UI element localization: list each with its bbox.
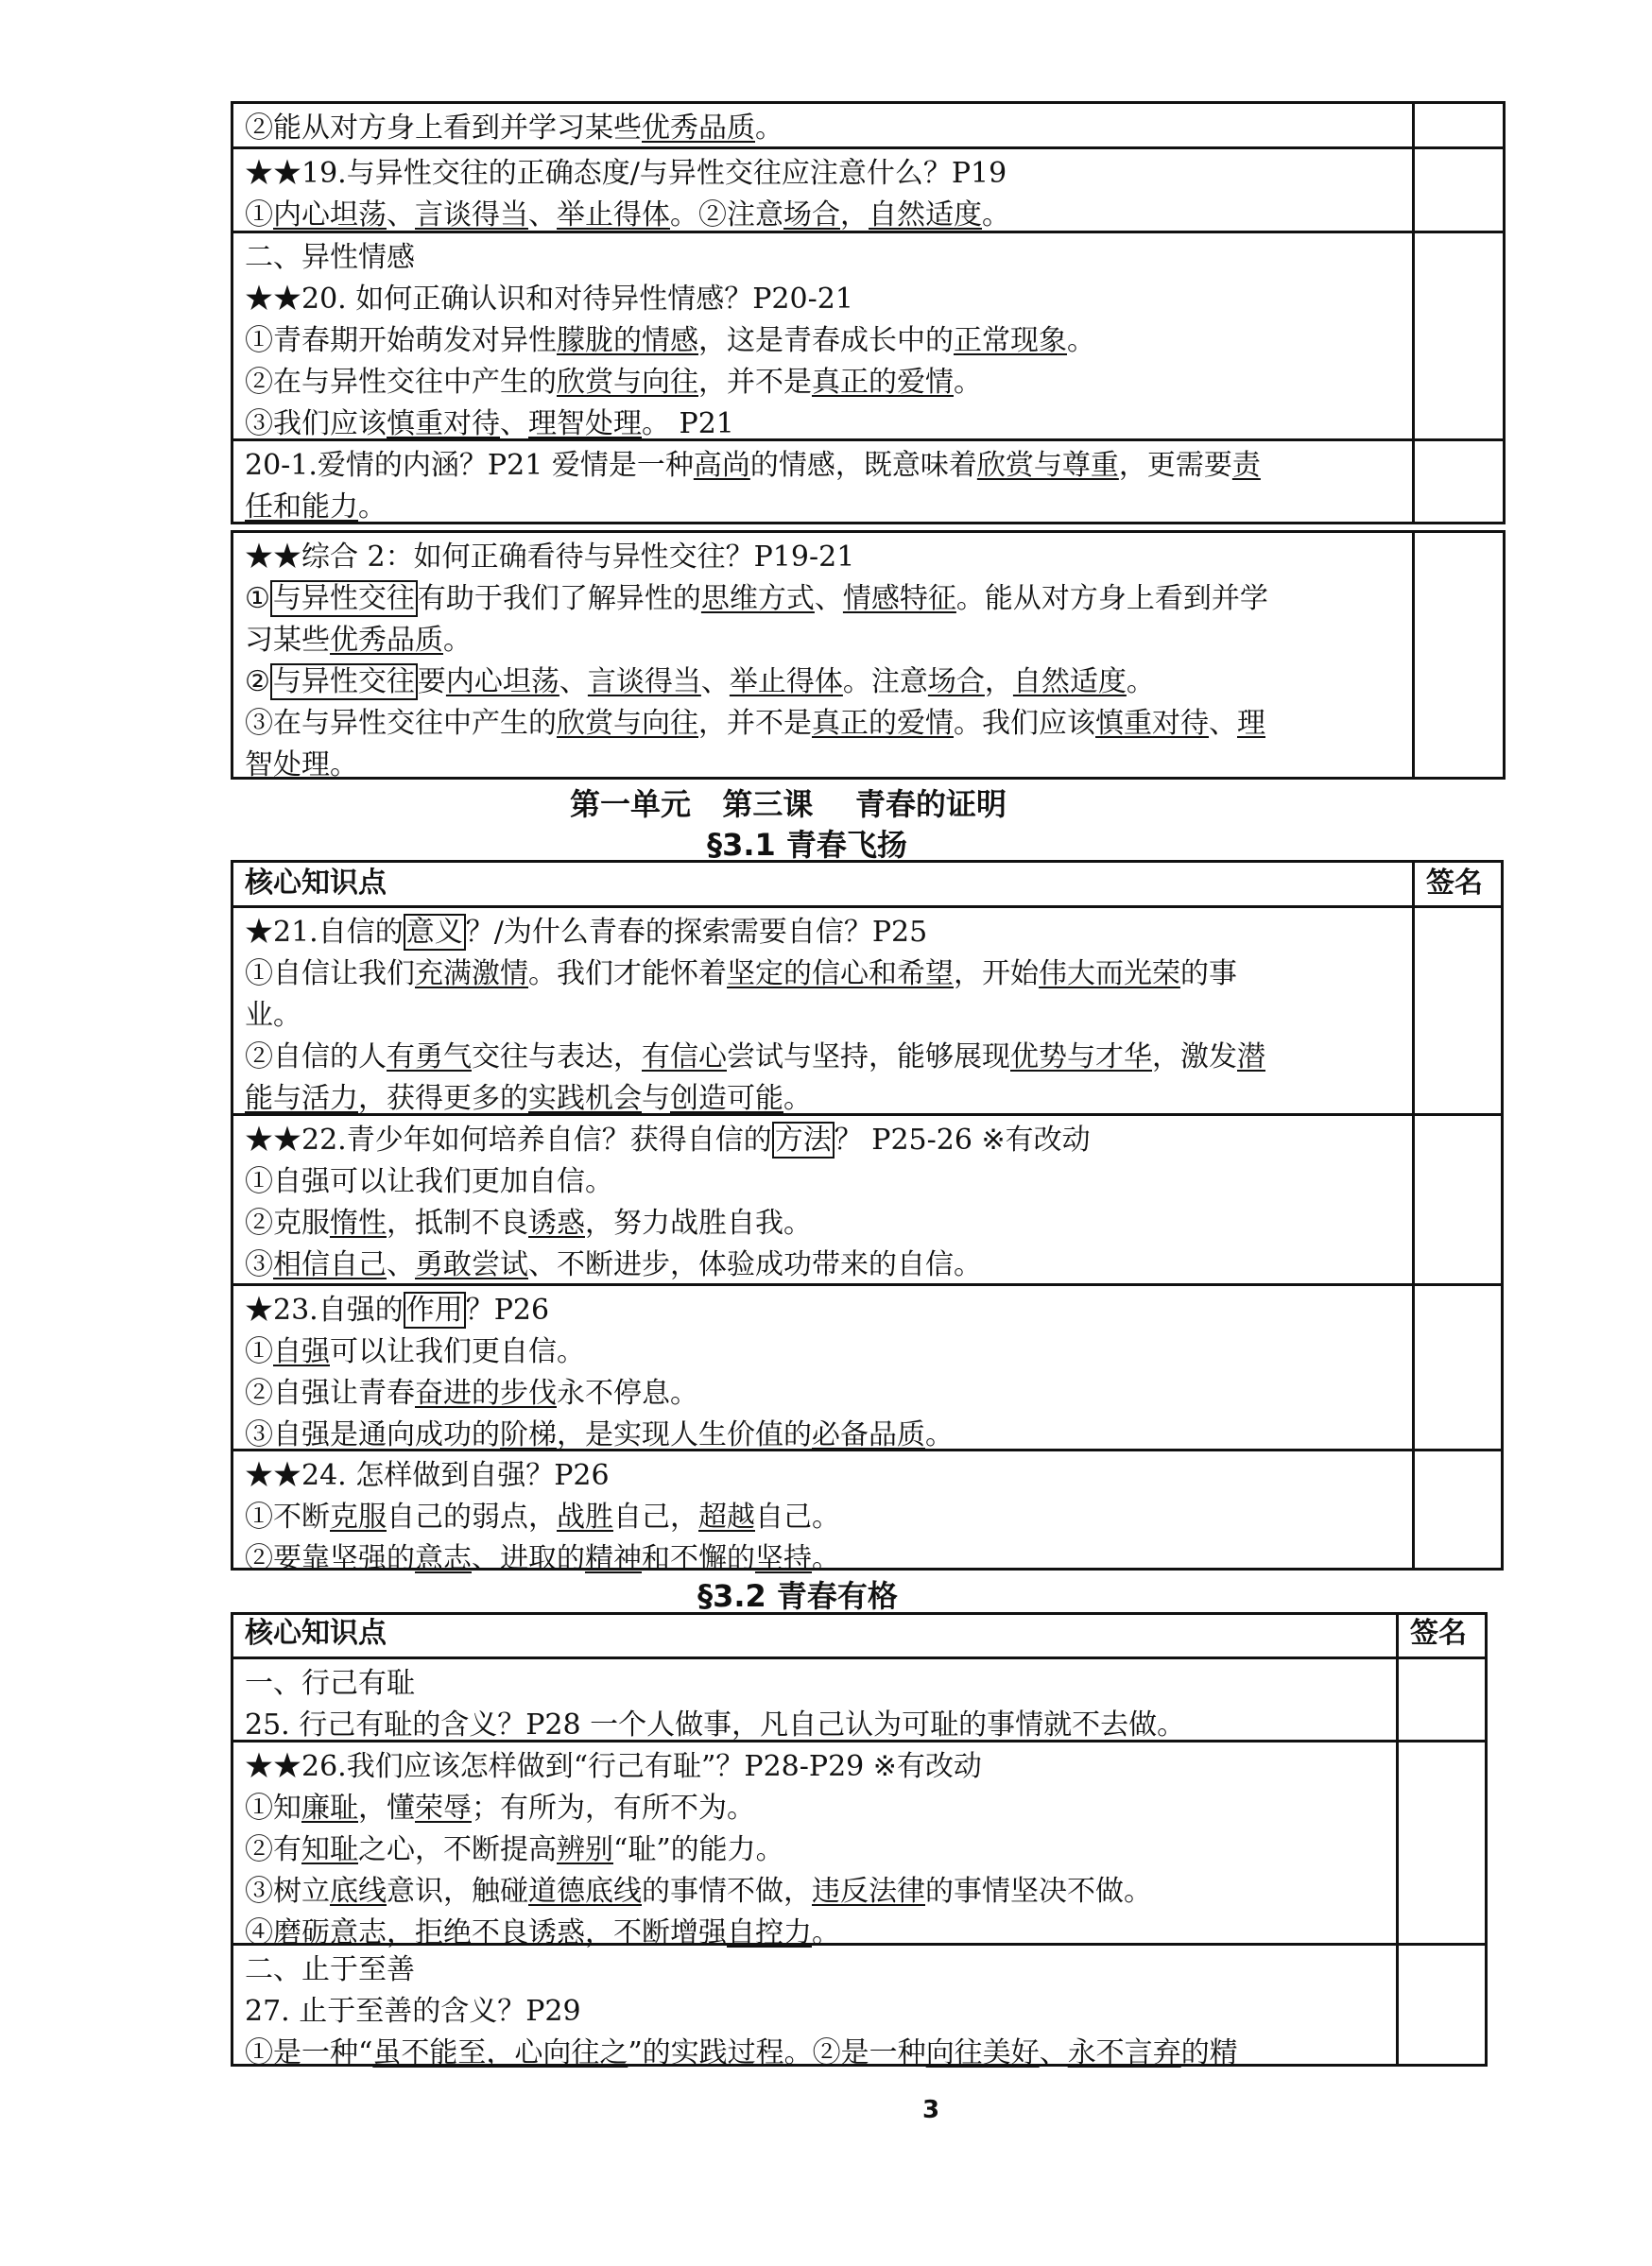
text-segment: ②在与异性交往中产生的: [245, 366, 557, 399]
table-row: ★★24. 怎样做到自强？P26①不断克服自己的弱点，战胜自己，超越自己。②要靠…: [233, 1449, 1501, 1568]
text-segment: ★★20. 如何正确认识和对待异性情感？P20-21: [245, 283, 853, 316]
underlined-keyword: 优秀品质: [642, 112, 755, 145]
underlined-keyword: 充满激情: [415, 957, 528, 990]
header-signature: 签名: [1426, 863, 1483, 904]
underlined-keyword: 慎重对待: [387, 407, 500, 440]
underlined-keyword: 知耻: [301, 1833, 358, 1866]
knowledge-cell: ②能从对方身上看到并学习某些优秀品质。: [245, 108, 783, 149]
text-segment: 。我们才能怀着: [528, 957, 727, 990]
underlined-keyword: 优秀品质: [330, 624, 443, 657]
text-segment: ①是一种“: [245, 2036, 372, 2069]
knowledge-cell: ★★19.与异性交往的正确态度/与异性交往应注意什么？P19①内心坦荡、言谈得当…: [245, 153, 1010, 236]
text-line: ②克服惰性，抵制不良诱惑，努力战胜自我。: [245, 1203, 1091, 1245]
text-segment: 20-1.爱情的内涵？P21 爱情是一种: [245, 449, 694, 482]
text-segment: ①: [245, 582, 270, 615]
knowledge-cell: 二、异性情感★★20. 如何正确认识和对待异性情感？P20-21①青春期开始萌发…: [245, 237, 1095, 445]
text-segment: 。注意: [843, 665, 928, 698]
text-segment: ①自强可以让我们更加自信。: [245, 1165, 613, 1198]
text-segment: 、: [500, 407, 528, 440]
text-segment: 、: [528, 198, 557, 232]
underlined-keyword: 责: [1232, 449, 1261, 482]
text-segment: 尝试与坚持，能够展现: [727, 1040, 1010, 1073]
text-segment: 的精: [1181, 2036, 1238, 2069]
text-line: ①自强可以让我们更加自信。: [245, 1161, 1091, 1203]
text-segment: ；有所为，有所不为。: [472, 1792, 755, 1825]
boxed-keyword: 方法: [772, 1122, 835, 1159]
text-segment: ？P26: [466, 1294, 549, 1327]
knowledge-cell: ★★24. 怎样做到自强？P26①不断克服自己的弱点，战胜自己，超越自己。②要靠…: [245, 1455, 840, 1580]
text-segment: ？/为什么青春的探索需要自信？P25: [466, 916, 927, 949]
underlined-keyword: 奋进的步伐: [415, 1377, 557, 1410]
underlined-keyword: 内心坦荡: [273, 198, 387, 232]
text-segment: ，更需要: [1119, 449, 1232, 482]
text-segment: ②克服: [245, 1207, 330, 1240]
text-segment: 可以让我们更自信。: [330, 1335, 585, 1368]
text-segment: 习某些: [245, 624, 330, 657]
underlined-keyword: 言谈得当: [588, 665, 701, 698]
text-segment: 二、止于至善: [245, 1953, 415, 1986]
text-segment: ★21.自信的: [245, 916, 404, 949]
text-line: ③在与异性交往中产生的欣赏与向往，并不是真正的爱情。我们应该慎重对待、理: [245, 703, 1268, 745]
table-header-row: 核心知识点 签名: [233, 1615, 1485, 1657]
text-segment: 。: [954, 366, 982, 399]
text-segment: 、: [815, 582, 843, 615]
text-segment: ★23.自强的: [245, 1294, 404, 1327]
text-line: ★★24. 怎样做到自强？P26: [245, 1455, 840, 1497]
text-segment: ，开始: [954, 957, 1039, 990]
text-segment: ③自强是通向成功的: [245, 1418, 500, 1451]
underlined-keyword: 坚定的信心和希望: [727, 957, 954, 990]
text-segment: ①不断: [245, 1501, 330, 1534]
underlined-keyword: 战胜: [557, 1501, 613, 1534]
underlined-keyword: 自强: [273, 1335, 330, 1368]
text-segment: 。: [925, 1418, 954, 1451]
text-line: 业。: [245, 995, 1265, 1037]
text-segment: ②自强让青春: [245, 1377, 415, 1410]
underlined-keyword: 情感特征: [843, 582, 956, 615]
text-line: ①自信让我们充满激情。我们才能怀着坚定的信心和希望，开始伟大而光荣的事: [245, 953, 1265, 995]
text-segment: 。: [1127, 665, 1155, 698]
underlined-keyword: 诱惑: [528, 1207, 585, 1240]
underlined-keyword: 底线: [330, 1875, 387, 1908]
underlined-keyword: 真正的爱情: [812, 366, 954, 399]
text-segment: ①: [245, 1335, 273, 1368]
underlined-keyword: 真正的爱情: [812, 707, 954, 740]
boxed-keyword: 与异性交往: [270, 580, 418, 617]
table-row: ②能从对方身上看到并学习某些优秀品质。: [233, 104, 1503, 146]
text-line: ★★26.我们应该怎样做到“行己有耻”？P28-P29 ※有改动: [245, 1746, 1152, 1788]
table-header-row: 核心知识点 签名: [233, 863, 1501, 905]
text-segment: 业。: [245, 999, 301, 1032]
text-segment: 和不懈的: [642, 1542, 755, 1575]
underlined-keyword: 惰性: [330, 1207, 387, 1240]
knowledge-cell: ★★26.我们应该怎样做到“行己有耻”？P28-P29 ※有改动①知廉耻，懂荣辱…: [245, 1746, 1152, 1954]
table-row: ★★19.与异性交往的正确态度/与异性交往应注意什么？P19①内心坦荡、言谈得当…: [233, 146, 1503, 231]
text-line: ★23.自强的作用？P26: [245, 1290, 954, 1331]
text-line: ★21.自信的意义？/为什么青春的探索需要自信？P25: [245, 912, 1265, 953]
underlined-keyword: 理: [1237, 707, 1265, 740]
text-segment: 、: [701, 665, 730, 698]
text-line: 二、异性情感: [245, 237, 1095, 279]
underlined-keyword: 超越: [698, 1501, 755, 1534]
text-segment: 。: [783, 1082, 812, 1115]
text-segment: 、不断进步，体验成功带来的自信。: [528, 1248, 982, 1281]
text-segment: ，懂: [358, 1792, 415, 1825]
text-line: 任和能力。: [245, 487, 1261, 528]
text-segment: 。: [358, 490, 387, 524]
text-line: ★★22.青少年如何培养自信？获得自信的方法？ P25-26 ※有改动: [245, 1120, 1091, 1161]
text-segment: ②有: [245, 1833, 301, 1866]
text-segment: ，并不是: [698, 707, 812, 740]
text-line: ★★19.与异性交往的正确态度/与异性交往应注意什么？P19: [245, 153, 1010, 195]
underlined-keyword: 道德底线: [528, 1875, 642, 1908]
underlined-keyword: 场合: [783, 198, 840, 232]
table-row: ★21.自信的意义？/为什么青春的探索需要自信？P25①自信让我们充满激情。我们…: [233, 905, 1501, 1113]
underlined-keyword: 理智处理: [528, 407, 642, 440]
text-line: ①不断克服自己的弱点，战胜自己，超越自己。: [245, 1497, 840, 1538]
text-segment: 自己的弱点，: [387, 1501, 557, 1534]
text-segment: ①知: [245, 1792, 301, 1825]
underlined-keyword: 言谈得当: [415, 198, 528, 232]
table-section-3-2: 核心知识点 签名 一、行己有耻25. 行己有耻的含义？P28 一个人做事，凡自己…: [231, 1612, 1488, 2067]
text-line: ②能从对方身上看到并学习某些优秀品质。: [245, 108, 783, 149]
text-line: 二、止于至善: [245, 1949, 1238, 1991]
text-line: ①知廉耻，懂荣辱；有所为，有所不为。: [245, 1788, 1152, 1829]
table-heterosexual-interaction: ②能从对方身上看到并学习某些优秀品质。 ★★19.与异性交往的正确态度/与异性交…: [231, 101, 1506, 524]
text-line: ①自强可以让我们更自信。: [245, 1331, 954, 1373]
text-segment: ③我们应该: [245, 407, 387, 440]
underlined-keyword: 向往美好: [926, 2036, 1040, 2069]
underlined-keyword: 思维方式: [701, 582, 815, 615]
text-segment: ★★综合 2：如何正确看待与异性交往？P19-21: [245, 541, 854, 574]
table-summary-2: ★★综合 2：如何正确看待与异性交往？P19-21①与异性交往有助于我们了解异性…: [231, 530, 1506, 780]
text-segment: ③: [245, 1248, 273, 1281]
underlined-keyword: 智处理: [245, 748, 330, 781]
underlined-keyword: 欣赏与尊重: [977, 449, 1119, 482]
text-segment: ”的实践过程。②是一种: [628, 2036, 925, 2069]
text-segment: ，获得更多的: [358, 1082, 528, 1115]
text-line: ★★20. 如何正确认识和对待异性情感？P20-21: [245, 279, 1095, 320]
text-segment: ，是实现人生价值的: [557, 1418, 812, 1451]
text-segment: 。: [812, 1542, 840, 1575]
text-segment: 二、异性情感: [245, 241, 415, 274]
underlined-keyword: 违反法律: [812, 1875, 925, 1908]
text-segment: 一、行己有耻: [245, 1667, 415, 1700]
text-segment: ，激发: [1152, 1040, 1237, 1073]
unit-lesson-heading: 第一单元 第三课 青春的证明: [0, 781, 1614, 824]
underlined-keyword: 慎重对待: [1095, 707, 1209, 740]
text-segment: 25. 行己有耻的含义？P28 一个人做事，凡自己认为可耻的事情就不去做。: [245, 1708, 1185, 1742]
knowledge-cell: ★23.自强的作用？P26①自强可以让我们更自信。②自强让青春奋进的步伐永不停息…: [245, 1290, 954, 1456]
text-segment: 的情感，既意味着: [750, 449, 977, 482]
text-segment: ②自信的人: [245, 1040, 387, 1073]
text-segment: ③树立: [245, 1875, 330, 1908]
text-segment: 、进取的: [472, 1542, 585, 1575]
header-core-knowledge: 核心知识点: [245, 1613, 387, 1655]
underlined-keyword: 虽不能至，心向往之: [372, 2036, 628, 2069]
underlined-keyword: 坚持: [755, 1542, 812, 1575]
table-row: ★23.自强的作用？P26①自强可以让我们更自信。②自强让青春奋进的步伐永不停息…: [233, 1283, 1501, 1449]
text-segment: ★★26.我们应该怎样做到“行己有耻”？P28-P29 ※有改动: [245, 1750, 982, 1783]
text-line: ②自信的人有勇气交往与表达，有信心尝试与坚持，能够展现优势与才华，激发潜: [245, 1037, 1265, 1078]
text-segment: 、: [559, 665, 588, 698]
text-line: ★★综合 2：如何正确看待与异性交往？P19-21: [245, 537, 1268, 578]
text-segment: 自己，: [613, 1501, 698, 1534]
text-line: ②自强让青春奋进的步伐永不停息。: [245, 1373, 954, 1415]
text-segment: 要: [418, 665, 446, 698]
text-line: 习某些优秀品质。: [245, 620, 1268, 661]
text-line: ①与异性交往有助于我们了解异性的思维方式、情感特征。能从对方身上看到并学: [245, 578, 1268, 620]
text-line: ③树立底线意识，触碰道德底线的事情不做，违反法律的事情坚决不做。: [245, 1871, 1152, 1913]
text-line: 27. 止于至善的含义？P29: [245, 1991, 1238, 2033]
text-segment: 。②注意: [670, 198, 783, 232]
table-row: 二、止于至善27. 止于至善的含义？P29①是一种“虽不能至，心向往之”的实践过…: [233, 1943, 1485, 2064]
knowledge-cell: 二、止于至善27. 止于至善的含义？P29①是一种“虽不能至，心向往之”的实践过…: [245, 1949, 1238, 2074]
text-segment: ？ P25-26 ※有改动: [835, 1124, 1091, 1157]
text-segment: ★★22.青少年如何培养自信？获得自信的: [245, 1124, 772, 1157]
underlined-keyword: 克服: [330, 1501, 387, 1534]
text-segment: 。: [1067, 324, 1095, 357]
text-line: 20-1.爱情的内涵？P21 爱情是一种高尚的情感，既意味着欣赏与尊重，更需要责: [245, 445, 1261, 487]
table-row: 一、行己有耻25. 行己有耻的含义？P28 一个人做事，凡自己认为可耻的事情就不…: [233, 1657, 1485, 1740]
text-segment: 意识，触碰: [387, 1875, 528, 1908]
text-segment: ③在与异性交往中产生的: [245, 707, 557, 740]
text-segment: ，抵制不良: [387, 1207, 528, 1240]
underlined-keyword: 必备品质: [812, 1418, 925, 1451]
underlined-keyword: 有勇气: [387, 1040, 472, 1073]
underlined-keyword: 高尚: [694, 449, 750, 482]
underlined-keyword: 自然适度: [869, 198, 982, 232]
knowledge-cell: 20-1.爱情的内涵？P21 爱情是一种高尚的情感，既意味着欣赏与尊重，更需要责…: [245, 445, 1261, 528]
underlined-keyword: 伟大而光荣: [1039, 957, 1180, 990]
text-segment: 、: [387, 1248, 415, 1281]
header-signature: 签名: [1410, 1613, 1467, 1655]
underlined-keyword: 精神: [585, 1542, 642, 1575]
underlined-keyword: 任和能力: [245, 490, 358, 524]
boxed-keyword: 与异性交往: [270, 663, 418, 700]
underlined-keyword: 荣辱: [415, 1792, 472, 1825]
text-segment: ，这是青春成长中的: [698, 324, 954, 357]
text-segment: 的事: [1180, 957, 1237, 990]
text-segment: 。: [330, 748, 358, 781]
underlined-keyword: 阶梯: [500, 1418, 557, 1451]
underlined-keyword: 优势与才华: [1010, 1040, 1152, 1073]
text-segment: “耻”的能力。: [613, 1833, 784, 1866]
text-segment: ★★19.与异性交往的正确态度/与异性交往应注意什么？P19: [245, 157, 1007, 190]
text-segment: ②: [245, 665, 270, 698]
text-line: ①是一种“虽不能至，心向往之”的实践过程。②是一种向往美好、永不言弃的精: [245, 2033, 1238, 2074]
table-row: ★★综合 2：如何正确看待与异性交往？P19-21①与异性交往有助于我们了解异性…: [233, 533, 1503, 777]
boxed-keyword: 意义: [404, 914, 466, 951]
text-segment: ①: [245, 198, 273, 232]
text-segment: ②要靠坚强的: [245, 1542, 415, 1575]
boxed-keyword: 作用: [404, 1292, 466, 1329]
underlined-keyword: 勇敢尝试: [415, 1248, 528, 1281]
text-segment: 有助于我们了解异性的: [418, 582, 701, 615]
section-3-2-heading: §3.2 青春有格: [0, 1572, 1624, 1616]
knowledge-cell: ★21.自信的意义？/为什么青春的探索需要自信？P25①自信让我们充满激情。我们…: [245, 912, 1265, 1120]
text-line: ②在与异性交往中产生的欣赏与向往，并不是真正的爱情。: [245, 362, 1095, 403]
underlined-keyword: 欣赏与向往: [557, 707, 698, 740]
text-segment: ②能从对方身上看到并学习某些: [245, 112, 642, 145]
section-3-1-heading: §3.1 青春飞扬: [0, 821, 1633, 865]
underlined-keyword: 正常现象: [954, 324, 1067, 357]
text-segment: 自己。: [755, 1501, 840, 1534]
text-line: ②有知耻之心，不断提高辨别“耻”的能力。: [245, 1829, 1152, 1871]
text-line: ③相信自己、勇敢尝试、不断进步，体验成功带来的自信。: [245, 1245, 1091, 1286]
text-segment: 。: [755, 112, 783, 145]
text-segment: 。 P21: [642, 407, 734, 440]
text-segment: 的事情坚决不做。: [925, 1875, 1152, 1908]
header-core-knowledge: 核心知识点: [245, 863, 387, 904]
table-row: 二、异性情感★★20. 如何正确认识和对待异性情感？P20-21①青春期开始萌发…: [233, 231, 1503, 438]
text-segment: ，: [840, 198, 869, 232]
underlined-keyword: 自然适度: [1013, 665, 1127, 698]
table-row: ★★26.我们应该怎样做到“行己有耻”？P28-P29 ※有改动①知廉耻，懂荣辱…: [233, 1740, 1485, 1943]
underlined-keyword: 朦胧的情感: [557, 324, 698, 357]
underlined-keyword: 创造可能: [670, 1082, 783, 1115]
text-line: ②与异性交往要内心坦荡、言谈得当、举止得体。注意场合，自然适度。: [245, 661, 1268, 703]
text-segment: 。能从对方身上看到并学: [956, 582, 1268, 615]
underlined-keyword: 意志: [415, 1542, 472, 1575]
underlined-keyword: 有信心: [642, 1040, 727, 1073]
text-segment: ，并不是: [698, 366, 812, 399]
underlined-keyword: 辨别: [557, 1833, 613, 1866]
underlined-keyword: 能与活力: [245, 1082, 358, 1115]
text-segment: 、: [1209, 707, 1237, 740]
page-number: 3: [922, 2096, 939, 2124]
text-segment: 27. 止于至善的含义？P29: [245, 1995, 581, 2028]
underlined-keyword: 内心坦荡: [446, 665, 559, 698]
text-segment: 。我们应该: [954, 707, 1095, 740]
knowledge-cell: 一、行己有耻25. 行己有耻的含义？P28 一个人做事，凡自己认为可耻的事情就不…: [245, 1663, 1185, 1746]
text-segment: ①自信让我们: [245, 957, 415, 990]
underlined-keyword: 举止得体: [557, 198, 670, 232]
text-segment: ，: [985, 665, 1013, 698]
table-section-3-1: 核心知识点 签名 ★21.自信的意义？/为什么青春的探索需要自信？P25①自信让…: [231, 860, 1504, 1571]
underlined-keyword: 永不言弃: [1068, 2036, 1181, 2069]
text-segment: ①青春期开始萌发对异性: [245, 324, 557, 357]
text-segment: ★★24. 怎样做到自强？P26: [245, 1459, 610, 1492]
text-line: 一、行己有耻: [245, 1663, 1185, 1705]
text-segment: 。: [443, 624, 472, 657]
text-segment: 的事情不做，: [642, 1875, 812, 1908]
text-segment: ，努力战胜自我。: [585, 1207, 812, 1240]
underlined-keyword: 潜: [1237, 1040, 1265, 1073]
table-row: ★★22.青少年如何培养自信？获得自信的方法？ P25-26 ※有改动①自强可以…: [233, 1113, 1501, 1283]
text-segment: 之心，不断提高: [358, 1833, 557, 1866]
underlined-keyword: 实践机会: [528, 1082, 642, 1115]
underlined-keyword: 欣赏与向往: [557, 366, 698, 399]
underlined-keyword: 相信自己: [273, 1248, 387, 1281]
table-row: 20-1.爱情的内涵？P21 爱情是一种高尚的情感，既意味着欣赏与尊重，更需要责…: [233, 438, 1503, 524]
knowledge-cell: ★★综合 2：如何正确看待与异性交往？P19-21①与异性交往有助于我们了解异性…: [245, 537, 1268, 786]
text-segment: 永不停息。: [557, 1377, 698, 1410]
underlined-keyword: 举止得体: [730, 665, 843, 698]
underlined-keyword: 廉耻: [301, 1792, 358, 1825]
text-line: ①青春期开始萌发对异性朦胧的情感，这是青春成长中的正常现象。: [245, 320, 1095, 362]
text-segment: 交往与表达，: [472, 1040, 642, 1073]
knowledge-cell: ★★22.青少年如何培养自信？获得自信的方法？ P25-26 ※有改动①自强可以…: [245, 1120, 1091, 1286]
text-segment: 、: [1040, 2036, 1068, 2069]
text-segment: 、: [387, 198, 415, 232]
text-segment: 与: [642, 1082, 670, 1115]
text-segment: 。: [982, 198, 1010, 232]
underlined-keyword: 场合: [928, 665, 985, 698]
